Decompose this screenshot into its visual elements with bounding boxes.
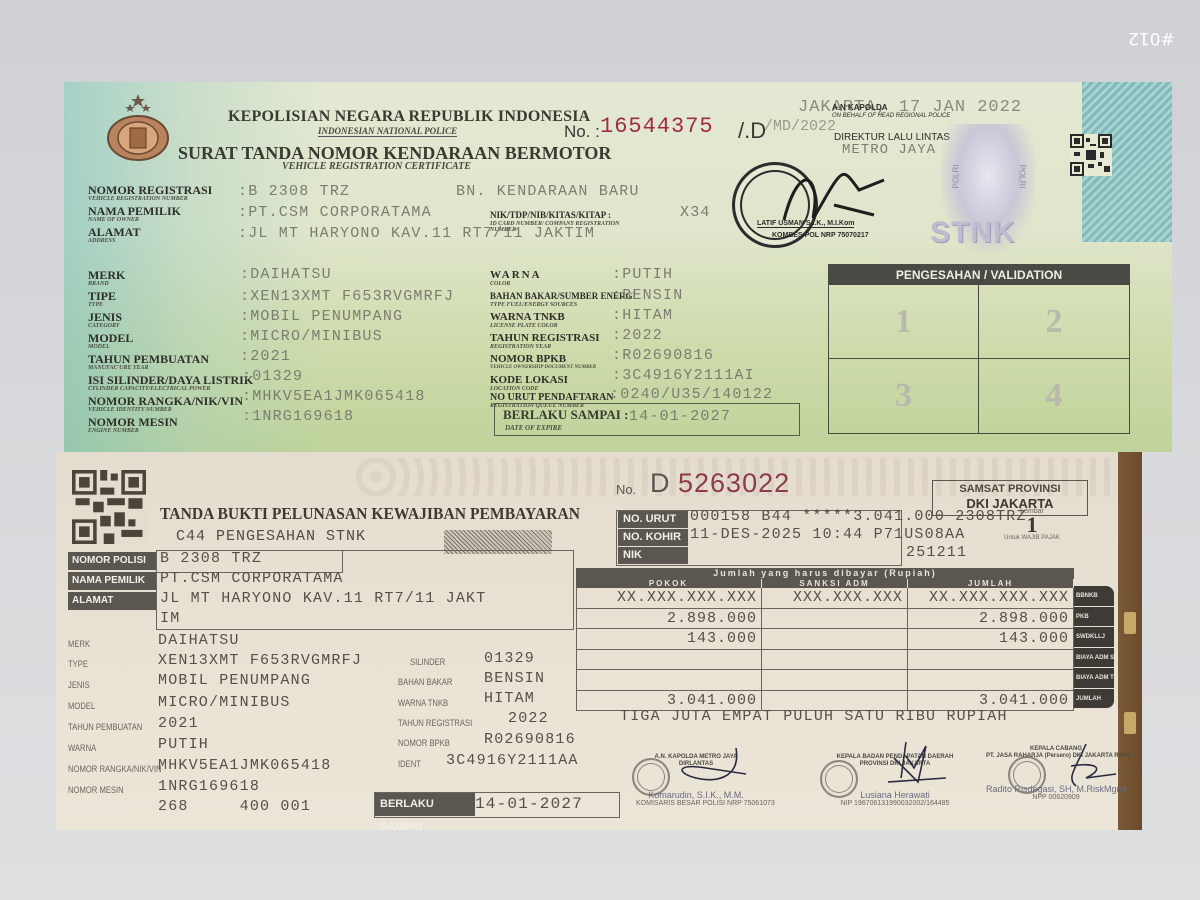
row-label-total: JUMLAH (1074, 689, 1114, 710)
validation-cell-3: 3 (829, 359, 979, 433)
category-value: :MOBIL PENUMPANG (240, 308, 403, 325)
on-behalf-text: A.N KAPOLDA (832, 104, 950, 112)
type-value: :XEN13XMT F653RVGMRFJ (240, 288, 454, 305)
engine-number-label: NOMOR MESIN (68, 785, 124, 795)
field-engine-number-label: NOMOR MESINENGINE NUMBER (88, 417, 178, 434)
type-label: TYPE (68, 659, 88, 669)
certificate-number: 16544375 (600, 114, 714, 139)
address-label: ALAMAT (68, 592, 156, 610)
copy-number: 1 (1002, 515, 1062, 535)
plate-color-label: WARNA TNKB (398, 698, 448, 708)
queue-number-value: :0240/U35/140122 (610, 386, 773, 403)
manufacture-year-value: :2021 (240, 348, 291, 365)
registration-year-value: :2022 (612, 327, 663, 344)
bpkb-label: NOMOR BPKB (398, 738, 450, 748)
model-label: MODEL (68, 701, 95, 711)
receipt-expiry-label: BERLAKU SAMPAI (375, 793, 475, 816)
fuel-value: BENSIN (484, 670, 545, 687)
expiry-box: BERLAKU SAMPAI : DATE OF EXPIRE 14-01-20… (494, 403, 800, 436)
manufacture-year-label: TAHUN PEMBUATAN (68, 722, 142, 732)
director-region: METRO JAYA (842, 142, 936, 158)
field-type-label: TIPETYPE (88, 291, 116, 308)
address-value-continued: IM (160, 610, 180, 627)
model-value: MICRO/MINIBUS (158, 694, 291, 711)
hologram-text-right: POLRI (1017, 164, 1026, 188)
stnk-watermark: STNK (930, 216, 1016, 250)
fuel-value: :BENSIN (612, 287, 683, 304)
queue-label: NO. URUT (618, 511, 688, 528)
copy-indicator: Lembar 1 Untuk WAJIB PAJAK (1002, 508, 1062, 541)
owner-label: NAMA PEMILIK (68, 572, 156, 590)
receipt-expiry-date: 14-01-2027 (475, 795, 583, 813)
table-row: 143.000143.000 (576, 629, 1074, 650)
field-bpkb-label: NOMOR BPKBVEHICLE OWNERSHIP DOCUMENT NUM… (490, 354, 596, 371)
field-manufacture-year-label: TAHUN PEMBUATANMANUFAC'URE YEAR (88, 354, 209, 371)
plate-label: NOMOR POLISI (68, 552, 156, 570)
field-owner-name-label: NAMA PEMILIKNAME OF OWNER (88, 206, 181, 223)
field-brand-label: MERKBRAND (88, 270, 125, 287)
signature-icon (764, 160, 904, 240)
agency-name-en: INDONESIAN NATIONAL POLICE (318, 126, 457, 137)
engine-number-value: 1NRG169618 (158, 778, 260, 795)
tax-payment-receipt: TANDA BUKTI PELUNASAN KEWAJIBAN PEMBAYAR… (56, 452, 1142, 830)
extra-code-line: 268 400 001 (158, 798, 311, 815)
agency-name: KEPOLISIAN NEGARA REPUBLIK INDONESIA (228, 108, 590, 126)
cylinder-label: SILINDER (410, 657, 445, 667)
field-model-label: MODELMODEL (88, 333, 133, 350)
validation-grid: PENGESAHAN / VALIDATION 1 2 3 4 (828, 264, 1130, 434)
type-value: XEN13XMT F653RVGMRFJ (158, 652, 362, 669)
hologram-text-left: POLRI (952, 164, 961, 188)
field-plate-color-label: WARNA TNKBLICENSE PLATE COLOR (490, 312, 565, 329)
color-label: WARNA (68, 743, 96, 753)
owner-name-value: :PT.CSM CORPORATAMA (238, 204, 432, 221)
photo-tag: #012 (1128, 28, 1175, 48)
brand-value: :DAIHATSU (240, 266, 332, 283)
signatures-icon (656, 738, 1126, 798)
row-label-adm-stnk: BIAYA ADM STNK (1074, 648, 1114, 669)
receipt-title: TANDA BUKTI PELUNASAN KEWAJIBAN PEMBAYAR… (160, 504, 580, 524)
row-label-adm-tnkb: BIAYA ADM TNKB (1074, 668, 1114, 689)
validation-cell-1: 1 (829, 285, 979, 359)
vin-value: MHKV5EA1JMK065418 (158, 757, 331, 774)
receipt-number-label: No. (616, 482, 636, 497)
field-registration-number-label: NOMOR REGISTRASIVEHICLE REGISTRATION NUM… (88, 185, 212, 202)
table-row: XX.XXX.XXX.XXXXXX.XXX.XXXXX.XXX.XXX.XXX (576, 588, 1074, 609)
engine-number-value: :1NRG169618 (242, 408, 354, 425)
payment-row-labels: BBNKB PKB SWDKLLJ BIAYA ADM STNK BIAYA A… (1074, 586, 1114, 709)
field-registration-year-label: TAHUN REGISTRASIREGISTRATION YEAR (490, 333, 600, 350)
brand-value: DAIHATSU (158, 632, 240, 649)
model-value: :MICRO/MINIBUS (240, 328, 383, 345)
payment-table: XX.XXX.XXX.XXXXXX.XXX.XXXXX.XXX.XXX.XXX … (576, 588, 1074, 711)
certificate-number-suffix: /.D (738, 118, 766, 144)
qr-code-icon (72, 470, 146, 544)
kohir-label: NO. KOHIR (618, 529, 688, 546)
location-code-value: :3C4916Y2111AI (612, 367, 755, 384)
color-value: PUTIH (158, 736, 209, 753)
validation-cell-4: 4 (979, 359, 1129, 433)
column-principal: POKOK (576, 579, 762, 588)
owner-value: PT.CSM CORPORATAMA (160, 570, 344, 587)
on-behalf-label: A.N KAPOLDA ON BEHALF OF HEAD REGIONAL P… (832, 104, 950, 120)
registration-year-value: 2022 (508, 710, 549, 727)
table-row: 2.898.0002.898.000 (576, 609, 1074, 630)
table-row (576, 670, 1074, 691)
payment-columns: POKOK SANKSI ADM JUMLAH (576, 579, 1074, 588)
registration-status: BN. KENDARAAN BARU (456, 183, 640, 200)
field-vin-label: NOMOR RANGKA/NIK/VINVEHICLE IDENTITY NUM… (88, 396, 243, 413)
certificate-number-label: No. : (564, 122, 600, 142)
validation-cell-2: 2 (979, 285, 1129, 359)
queue-value: 000158 B44 *****3.041.000 2308TRZ (690, 508, 1027, 525)
police-emblem-icon (102, 92, 174, 162)
expiry-label-en: DATE OF EXPIRE (505, 424, 562, 432)
expiry-label: BERLAKU SAMPAI : (503, 407, 628, 423)
official-name: LATIF USMAN S.I.K., M.I.Kom (757, 220, 854, 228)
nik-value: 251211 (906, 544, 967, 561)
samsat-line-1: SAMSAT PROVINSI (933, 483, 1087, 495)
brand-label: MERK (68, 639, 90, 649)
vehicle-registration-certificate: KEPOLISIAN NEGARA REPUBLIK INDONESIA IND… (64, 82, 1172, 452)
receipt-number: 5263022 (678, 468, 790, 499)
address-value: JL MT HARYONO KAV.11 RT7/11 JAKT (160, 590, 486, 607)
field-category-label: JENISCATEGORY (88, 312, 122, 329)
kohir-value: 11-DES-2025 10:44 P71US08AA (690, 526, 965, 543)
ident-label: IDENT (398, 759, 421, 769)
cylinder-value: :01329 (242, 368, 303, 385)
validation-title: PENGESAHAN / VALIDATION (829, 265, 1129, 285)
certificate-number-faded-suffix: /MD/2022 (764, 118, 836, 135)
manufacture-year-value: 2021 (158, 715, 199, 732)
color-value: :PUTIH (612, 266, 673, 283)
field-color-label: WARNACOLOR (490, 270, 542, 287)
receipt-number-series: D (650, 468, 670, 499)
payment-heading: Jumlah yang harus dibayar (Rupiah) (576, 568, 1074, 579)
receipt-subtitle: C44 PENGESAHAN STNK (176, 528, 366, 545)
certificate-title-en: VEHICLE REGISTRATION CERTIFICATE (282, 161, 471, 172)
bpkb-value: :R02690816 (612, 347, 714, 364)
expiry-date: 14-01-2027 (629, 408, 731, 425)
copy-recipient: Untuk WAJIB PAJAK (1002, 535, 1062, 541)
table-row (576, 650, 1074, 671)
receipt-expiry: BERLAKU SAMPAI 14-01-2027 (374, 792, 620, 818)
nik-label: NIK (618, 547, 688, 564)
registration-year-label: TAHUN REGISTRASI (398, 718, 472, 728)
on-behalf-text-en: ON BEHALF OF HEAD REGIONAL POLICE (832, 112, 950, 120)
qr-code-icon (1070, 134, 1112, 176)
field-cylinder-label: ISI SILINDER/DAYA LISTRIKCYLINDER CAPACI… (88, 375, 253, 392)
row-label-bbnkb: BBNKB (1074, 586, 1114, 607)
fuel-label: BAHAN BAKAR (398, 677, 452, 687)
column-penalty: SANKSI ADM (762, 579, 908, 588)
plate-color-value: :HITAM (612, 307, 673, 324)
field-address-label: ALAMATADDRESS (88, 227, 140, 244)
cylinder-value: 01329 (484, 650, 535, 667)
column-total: JUMLAH (908, 579, 1074, 588)
field-location-code-label: KODE LOKASILOCATION CODE (490, 375, 568, 392)
official-rank: KOMBES POL NRP 75070217 (772, 232, 869, 239)
row-label-pkb: PKB (1074, 607, 1114, 628)
vin-label: NOMOR RANGKA/NIK/VIN (68, 764, 162, 774)
ident-value: 3C4916Y2111AA (446, 752, 579, 769)
id-number-value: X34 (680, 204, 711, 221)
vin-value: :MHKV5EA1JMK065418 (242, 388, 426, 405)
category-value: MOBIL PENUMPANG (158, 672, 311, 689)
amount-in-words: TIGA JUTA EMPAT PULUH SATU RIBU RUPIAH (620, 708, 1008, 725)
plate-value: B 2308 TRZ (160, 550, 262, 567)
bpkb-value: R02690816 (484, 731, 576, 748)
registration-number-value: :B 2308 TRZ (238, 183, 350, 200)
row-label-swdkllj: SWDKLLJ (1074, 627, 1114, 648)
category-label: JENIS (68, 680, 90, 690)
address-value: :JL MT HARYONO KAV.11 RT7/11 JAKTIM (238, 225, 595, 242)
plate-color-value: HITAM (484, 690, 535, 707)
